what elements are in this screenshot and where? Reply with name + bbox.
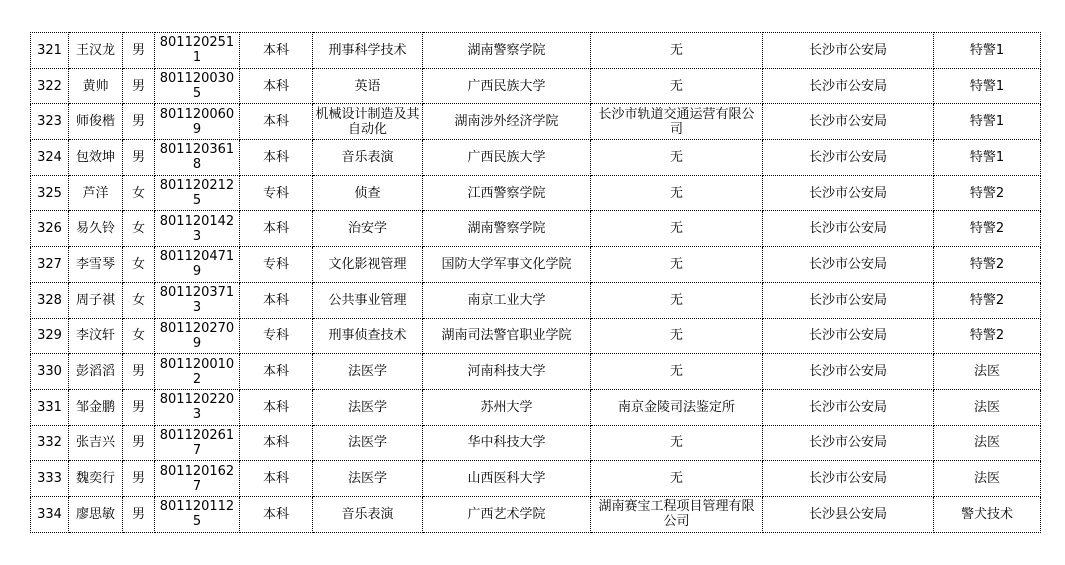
cell-name: 师俊楷 (69, 104, 123, 140)
cell-work-unit: 无 (591, 318, 763, 354)
cell-education: 本科 (240, 211, 313, 247)
cell-gender: 女 (123, 282, 155, 318)
cell-work-unit: 无 (591, 354, 763, 390)
cell-exam-id: 8011201627 (155, 461, 240, 497)
cell-gender: 男 (123, 496, 155, 532)
cell-major: 法医学 (313, 461, 423, 497)
cell-major: 英语 (313, 68, 423, 104)
cell-exam-id: 8011202203 (155, 389, 240, 425)
table-row: 332张吉兴男8011202617本科法医学华中科技大学无长沙市公安局法医 (31, 425, 1041, 461)
cell-school: 湖南涉外经济学院 (423, 104, 591, 140)
cell-education: 本科 (240, 461, 313, 497)
cell-major: 刑事侦查技术 (313, 318, 423, 354)
cell-name: 李雪琴 (69, 247, 123, 283)
cell-education: 本科 (240, 140, 313, 176)
cell-major: 法医学 (313, 389, 423, 425)
cell-applied-unit: 长沙县公安局 (763, 496, 934, 532)
cell-gender: 女 (123, 175, 155, 211)
cell-major: 法医学 (313, 425, 423, 461)
cell-exam-id: 8011202125 (155, 175, 240, 211)
cell-major: 公共事业管理 (313, 282, 423, 318)
cell-exam-id: 8011200609 (155, 104, 240, 140)
cell-major: 音乐表演 (313, 140, 423, 176)
cell-no: 328 (31, 282, 69, 318)
cell-major: 治安学 (313, 211, 423, 247)
cell-no: 326 (31, 211, 69, 247)
cell-work-unit: 无 (591, 33, 763, 69)
cell-school: 山西医科大学 (423, 461, 591, 497)
cell-name: 周子祺 (69, 282, 123, 318)
cell-school: 广西民族大学 (423, 140, 591, 176)
cell-gender: 男 (123, 68, 155, 104)
cell-exam-id: 8011200102 (155, 354, 240, 390)
cell-major: 侦查 (313, 175, 423, 211)
cell-position: 特警2 (934, 282, 1041, 318)
cell-applied-unit: 长沙市公安局 (763, 282, 934, 318)
cell-applied-unit: 长沙市公安局 (763, 104, 934, 140)
cell-school: 湖南警察学院 (423, 33, 591, 69)
table-row: 321王汉龙男8011202511本科刑事科学技术湖南警察学院无长沙市公安局特警… (31, 33, 1041, 69)
cell-work-unit: 无 (591, 425, 763, 461)
cell-gender: 女 (123, 318, 155, 354)
table-row: 331邹金鹏男8011202203本科法医学苏州大学南京金陵司法鉴定所长沙市公安… (31, 389, 1041, 425)
cell-work-unit: 无 (591, 211, 763, 247)
cell-exam-id: 8011203713 (155, 282, 240, 318)
cell-education: 专科 (240, 318, 313, 354)
cell-education: 专科 (240, 247, 313, 283)
cell-position: 警犬技术 (934, 496, 1041, 532)
cell-position: 法医 (934, 461, 1041, 497)
table-row: 326易久铃女8011201423本科治安学湖南警察学院无长沙市公安局特警2 (31, 211, 1041, 247)
cell-school: 江西警察学院 (423, 175, 591, 211)
cell-education: 专科 (240, 175, 313, 211)
cell-major: 法医学 (313, 354, 423, 390)
cell-exam-id: 8011203618 (155, 140, 240, 176)
cell-position: 法医 (934, 354, 1041, 390)
roster-body: 321王汉龙男8011202511本科刑事科学技术湖南警察学院无长沙市公安局特警… (31, 33, 1041, 533)
table-row: 327李雪琴女8011204719专科文化影视管理国防大学军事文化学院无长沙市公… (31, 247, 1041, 283)
cell-position: 特警1 (934, 33, 1041, 69)
cell-school: 南京工业大学 (423, 282, 591, 318)
roster-sheet: 321王汉龙男8011202511本科刑事科学技术湖南警察学院无长沙市公安局特警… (30, 32, 1041, 533)
cell-work-unit: 无 (591, 461, 763, 497)
cell-school: 苏州大学 (423, 389, 591, 425)
cell-name: 王汉龙 (69, 33, 123, 69)
cell-gender: 女 (123, 211, 155, 247)
cell-gender: 男 (123, 140, 155, 176)
table-row: 328周子祺女8011203713本科公共事业管理南京工业大学无长沙市公安局特警… (31, 282, 1041, 318)
cell-applied-unit: 长沙市公安局 (763, 211, 934, 247)
cell-applied-unit: 长沙市公安局 (763, 389, 934, 425)
cell-no: 334 (31, 496, 69, 532)
cell-education: 本科 (240, 68, 313, 104)
roster-table: 321王汉龙男8011202511本科刑事科学技术湖南警察学院无长沙市公安局特警… (30, 32, 1041, 533)
cell-applied-unit: 长沙市公安局 (763, 33, 934, 69)
cell-applied-unit: 长沙市公安局 (763, 425, 934, 461)
table-row: 324包效坤男8011203618本科音乐表演广西民族大学无长沙市公安局特警1 (31, 140, 1041, 176)
cell-no: 333 (31, 461, 69, 497)
cell-major: 音乐表演 (313, 496, 423, 532)
cell-gender: 女 (123, 247, 155, 283)
cell-name: 黄帅 (69, 68, 123, 104)
cell-exam-id: 8011200305 (155, 68, 240, 104)
cell-school: 湖南警察学院 (423, 211, 591, 247)
cell-work-unit: 长沙市轨道交通运营有限公司 (591, 104, 763, 140)
cell-no: 327 (31, 247, 69, 283)
table-row: 322黄帅男8011200305本科英语广西民族大学无长沙市公安局特警1 (31, 68, 1041, 104)
cell-major: 机械设计制造及其自动化 (313, 104, 423, 140)
cell-name: 廖思敏 (69, 496, 123, 532)
cell-gender: 男 (123, 389, 155, 425)
table-row: 330彭滔滔男8011200102本科法医学河南科技大学无长沙市公安局法医 (31, 354, 1041, 390)
cell-education: 本科 (240, 282, 313, 318)
cell-work-unit: 南京金陵司法鉴定所 (591, 389, 763, 425)
cell-no: 321 (31, 33, 69, 69)
cell-name: 李汶轩 (69, 318, 123, 354)
cell-education: 本科 (240, 389, 313, 425)
cell-work-unit: 无 (591, 282, 763, 318)
cell-school: 华中科技大学 (423, 425, 591, 461)
cell-work-unit: 无 (591, 247, 763, 283)
cell-applied-unit: 长沙市公安局 (763, 354, 934, 390)
table-row: 333魏奕行男8011201627本科法医学山西医科大学无长沙市公安局法医 (31, 461, 1041, 497)
cell-position: 特警1 (934, 140, 1041, 176)
cell-school: 河南科技大学 (423, 354, 591, 390)
cell-position: 特警2 (934, 211, 1041, 247)
cell-no: 331 (31, 389, 69, 425)
cell-no: 332 (31, 425, 69, 461)
table-row: 323师俊楷男8011200609本科机械设计制造及其自动化湖南涉外经济学院长沙… (31, 104, 1041, 140)
cell-applied-unit: 长沙市公安局 (763, 461, 934, 497)
cell-education: 本科 (240, 354, 313, 390)
cell-applied-unit: 长沙市公安局 (763, 68, 934, 104)
cell-applied-unit: 长沙市公安局 (763, 140, 934, 176)
cell-name: 邹金鹏 (69, 389, 123, 425)
cell-education: 本科 (240, 425, 313, 461)
cell-name: 魏奕行 (69, 461, 123, 497)
table-row: 334廖思敏男8011201125本科音乐表演广西艺术学院湖南赛宝工程项目管理有… (31, 496, 1041, 532)
cell-position: 特警1 (934, 68, 1041, 104)
cell-work-unit: 无 (591, 175, 763, 211)
table-row: 325芦洋女8011202125专科侦查江西警察学院无长沙市公安局特警2 (31, 175, 1041, 211)
cell-exam-id: 8011204719 (155, 247, 240, 283)
cell-position: 法医 (934, 389, 1041, 425)
cell-position: 特警1 (934, 104, 1041, 140)
cell-gender: 男 (123, 461, 155, 497)
cell-education: 本科 (240, 104, 313, 140)
cell-gender: 男 (123, 33, 155, 69)
cell-position: 特警2 (934, 247, 1041, 283)
cell-exam-id: 8011202511 (155, 33, 240, 69)
cell-school: 广西艺术学院 (423, 496, 591, 532)
cell-position: 特警2 (934, 318, 1041, 354)
cell-gender: 男 (123, 354, 155, 390)
cell-name: 易久铃 (69, 211, 123, 247)
cell-name: 包效坤 (69, 140, 123, 176)
cell-major: 刑事科学技术 (313, 33, 423, 69)
cell-gender: 男 (123, 104, 155, 140)
cell-position: 法医 (934, 425, 1041, 461)
cell-applied-unit: 长沙市公安局 (763, 175, 934, 211)
cell-work-unit: 无 (591, 140, 763, 176)
cell-major: 文化影视管理 (313, 247, 423, 283)
cell-no: 324 (31, 140, 69, 176)
cell-no: 330 (31, 354, 69, 390)
cell-school: 国防大学军事文化学院 (423, 247, 591, 283)
cell-name: 芦洋 (69, 175, 123, 211)
cell-education: 本科 (240, 496, 313, 532)
cell-no: 325 (31, 175, 69, 211)
cell-school: 湖南司法警官职业学院 (423, 318, 591, 354)
cell-no: 322 (31, 68, 69, 104)
cell-no: 329 (31, 318, 69, 354)
cell-exam-id: 8011202617 (155, 425, 240, 461)
cell-exam-id: 8011201125 (155, 496, 240, 532)
cell-exam-id: 8011202709 (155, 318, 240, 354)
cell-work-unit: 无 (591, 68, 763, 104)
cell-work-unit: 湖南赛宝工程项目管理有限公司 (591, 496, 763, 532)
cell-name: 彭滔滔 (69, 354, 123, 390)
cell-gender: 男 (123, 425, 155, 461)
cell-exam-id: 8011201423 (155, 211, 240, 247)
cell-no: 323 (31, 104, 69, 140)
table-row: 329李汶轩女8011202709专科刑事侦查技术湖南司法警官职业学院无长沙市公… (31, 318, 1041, 354)
cell-name: 张吉兴 (69, 425, 123, 461)
cell-applied-unit: 长沙市公安局 (763, 318, 934, 354)
cell-applied-unit: 长沙市公安局 (763, 247, 934, 283)
cell-position: 特警2 (934, 175, 1041, 211)
cell-education: 本科 (240, 33, 313, 69)
cell-school: 广西民族大学 (423, 68, 591, 104)
